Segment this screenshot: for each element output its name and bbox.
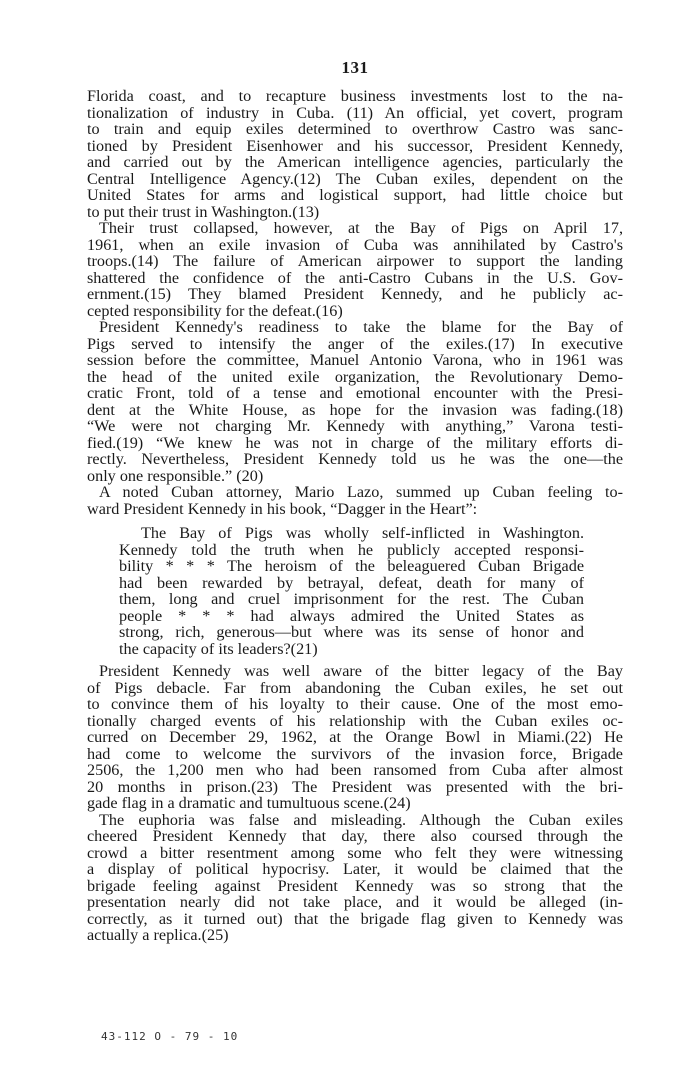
text-line: to train and equip exiles determined to … [87,121,623,138]
text-line: 20 months in prison.(23) The President w… [87,779,623,796]
text-line: and carried out by the American intellig… [87,154,623,171]
text-line: actually a replica.(25) [87,927,623,944]
text-line: the head of the united exile organizatio… [87,369,623,386]
quote-line: Kennedy told the truth when he publicly … [119,542,584,559]
text-line: rectly. Nevertheless, President Kennedy … [87,451,623,468]
text-line: brigade feeling against President Kenned… [87,878,623,895]
text-line: troops.(14) The failure of American airp… [87,253,623,270]
paragraph-3: President Kennedy's readiness to take th… [87,319,623,484]
text-line: a display of political hypocrisy. Later,… [87,861,623,878]
text-line: presentation nearly did not take place, … [87,894,623,911]
text-line: shattered the confidence of the anti-Cas… [87,270,623,287]
paragraph-6: The euphoria was false and misleading. A… [87,812,623,944]
document-body: Florida coast, and to recapture business… [87,88,623,944]
text-line: cepted responsibility for the defeat.(16… [87,303,623,320]
text-line: fied.(19) “We knew he was not in charge … [87,435,623,452]
text-line: cheered President Kennedy that day, ther… [87,828,623,845]
quote-line: people * * * had always admired the Unit… [119,608,584,625]
quote-line: The Bay of Pigs was wholly self-inflicte… [119,525,584,542]
paragraph-4: A noted Cuban attorney, Mario Lazo, summ… [87,484,623,517]
text-line: Pigs served to intensify the anger of th… [87,336,623,353]
quote-line: them, long and cruel imprisonment for th… [119,591,584,608]
text-line: cratic Front, told of a tense and emotio… [87,385,623,402]
text-line: curred on December 29, 1962, at the Oran… [87,729,623,746]
text-line: United States for arms and logistical su… [87,187,623,204]
text-line: ward President Kennedy in his book, “Dag… [87,501,623,518]
text-line: The euphoria was false and misleading. A… [87,812,623,829]
text-line: correctly, as it turned out) that the br… [87,911,623,928]
block-quote: The Bay of Pigs was wholly self-inflicte… [119,525,584,657]
text-line: President Kennedy's readiness to take th… [87,319,623,336]
text-line: 2506, the 1,200 men who had been ransome… [87,762,623,779]
text-line: “We were not charging Mr. Kennedy with a… [87,418,623,435]
page-number: 131 [0,58,691,78]
text-line: crowd a bitter resentment among some who… [87,845,623,862]
text-line: of Pigs debacle. Far from abandoning the… [87,680,623,697]
text-line: to put their trust in Washington.(13) [87,204,623,221]
text-line: tionalization of industry in Cuba. (11) … [87,105,623,122]
text-line: gade flag in a dramatic and tumultuous s… [87,795,623,812]
text-line: ernment.(15) They blamed President Kenne… [87,286,623,303]
quote-line: the capacity of its leaders?(21) [119,641,584,658]
text-line: Florida coast, and to recapture business… [87,88,623,105]
text-line: Their trust collapsed, however, at the B… [87,220,623,237]
text-line: Central Intelligence Agency.(12) The Cub… [87,171,623,188]
text-line: to convince them of his loyalty to their… [87,696,623,713]
text-line: only one responsible.” (20) [87,468,623,485]
paragraph-2: Their trust collapsed, however, at the B… [87,220,623,319]
text-line: tioned by President Eisenhower and his s… [87,138,623,155]
text-line: had come to welcome the survivors of the… [87,746,623,763]
text-line: dent at the White House, as hope for the… [87,402,623,419]
quote-line: bility * * * The heroism of the beleague… [119,558,584,575]
text-line: session before the committee, Manuel Ant… [87,352,623,369]
quote-line: strong, rich, generous—but where was its… [119,624,584,641]
text-line: 1961, when an exile invasion of Cuba was… [87,237,623,254]
paragraph-5: President Kennedy was well aware of the … [87,663,623,812]
paragraph-1: Florida coast, and to recapture business… [87,88,623,220]
text-line: President Kennedy was well aware of the … [87,663,623,680]
text-line: tionally charged events of his relations… [87,713,623,730]
text-line: A noted Cuban attorney, Mario Lazo, summ… [87,484,623,501]
quote-line: had been rewarded by betrayal, defeat, d… [119,575,584,592]
print-job-code: 43-112 O - 79 - 10 [101,1030,238,1043]
